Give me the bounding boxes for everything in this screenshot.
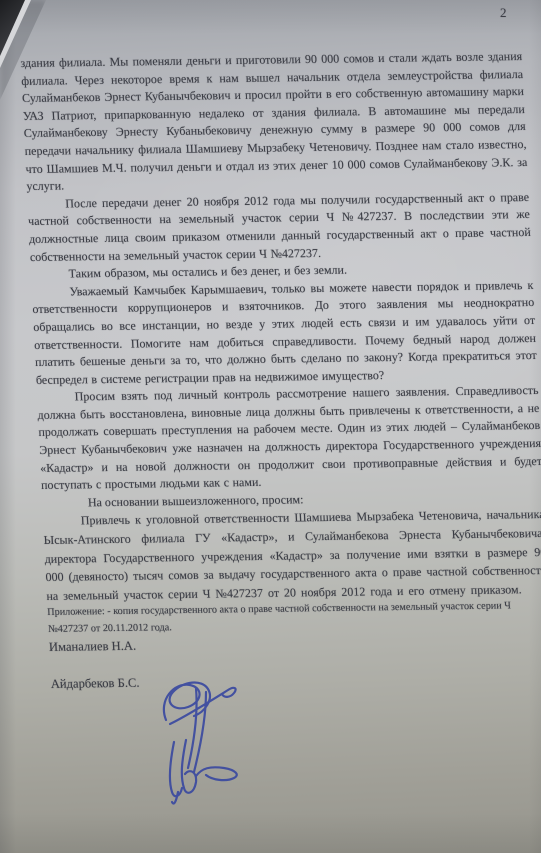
document-paragraph: Просим взять под личный контроль рассмот… [36,382,541,495]
document-paragraph: Уважаемый Камчыбек Карымшаевич, только в… [31,277,538,390]
signature-stroke [188,688,197,768]
document-photo: 2 здания филиала. Мы поменяли деньги и п… [0,0,541,853]
signature-stroke [170,742,182,796]
signature-stroke [170,688,236,724]
document-paragraph: После передачи денег 20 ноября 2012 года… [27,189,532,266]
document-paragraph: здания филиала. Мы поменяли деньги и при… [20,48,529,196]
request-paragraph: Привлечь к уголовной ответственности Шам… [42,505,541,605]
page-number: 2 [500,5,507,21]
signatory-name: Айдарбеков Б.С. [50,669,541,694]
document-body: здания филиала. Мы поменяли деньги и при… [20,48,541,693]
signature-stroke [196,767,237,780]
signature-ink [150,676,262,808]
